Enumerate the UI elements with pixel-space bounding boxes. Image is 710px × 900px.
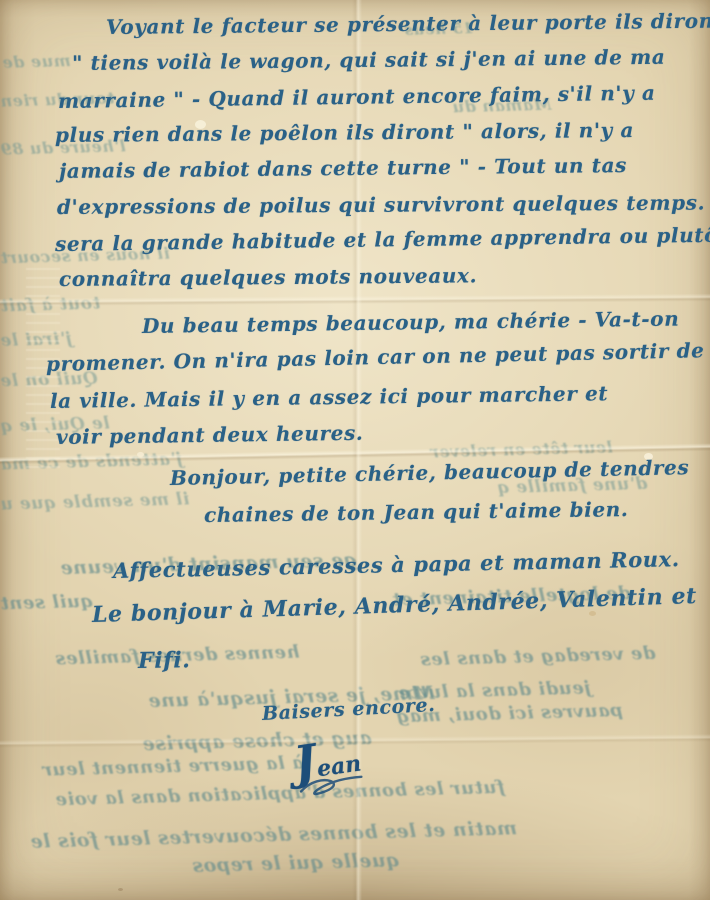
letter-line: plus rien dans le poêlon ils diront " al… xyxy=(55,118,634,147)
letter-line: chaines de ton Jean qui t'aime bien. xyxy=(204,497,629,527)
letter-line: la ville. Mais il y en a assez ici pour … xyxy=(50,381,608,413)
letter-text-layer: Voyant le facteur se présenter à leur po… xyxy=(0,0,710,900)
letter-line: connaîtra quelques mots nouveaux. xyxy=(59,263,477,291)
letter-line: Du beau temps beaucoup, ma chérie - Va-t… xyxy=(142,306,680,337)
letter-line: d'expressions de poilus qui survivront q… xyxy=(57,190,710,219)
letter-line: Bonjour, petite chérie, beaucoup de tend… xyxy=(170,455,690,490)
letter-line: Fifi. xyxy=(138,647,191,674)
letter-line: Affectueuses caresses à papa et maman Ro… xyxy=(113,546,680,583)
letter-line: jamais de rabiot dans cette turne " - To… xyxy=(59,153,627,183)
letter-line: Baisers encore. xyxy=(261,694,435,725)
letter-line: sera la grande habitude et la femme appr… xyxy=(55,223,710,256)
letter-line: promener. On n'ira pas loin car on ne pe… xyxy=(46,338,705,376)
letter-line: Voyant le facteur se présenter à leur po… xyxy=(106,9,710,39)
letter-line: " tiens voilà le wagon, qui sait si j'en… xyxy=(72,45,666,75)
scanned-letter-page: 15 heus mue de tour du rien Maman du l'h… xyxy=(0,0,710,900)
letter-line: marraine " - Quand il auront encore faim… xyxy=(58,81,656,113)
letter-line: voir pendant deux heures. xyxy=(56,421,364,449)
letter-line: Le bonjour à Marie, André, Andrée, Valen… xyxy=(92,583,698,628)
